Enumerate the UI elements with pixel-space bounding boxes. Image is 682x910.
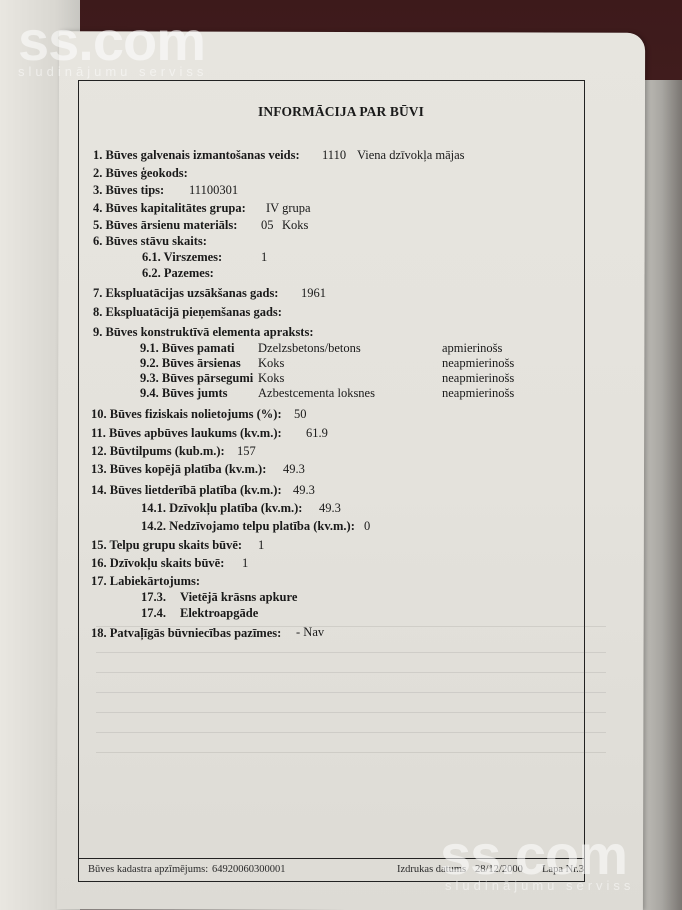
metric-label: 14.1. Dzīvokļu platība (kv.m.): bbox=[141, 501, 302, 515]
unauthorized-construction: 18. Patvaļīgās būvniecības pazīmes: bbox=[91, 626, 281, 641]
watermark-tagline-top: sludinājumu serviss bbox=[18, 64, 207, 79]
show-through-table bbox=[96, 626, 606, 756]
metric-label: 16. Dzīvokļu skaits būvē: bbox=[91, 556, 224, 570]
item-acceptance-year: 8. Ekspluatācijā pieņemšanas gads: bbox=[93, 305, 282, 320]
item-usage-type: 1. Būves galvenais izmantošanas veids: bbox=[93, 148, 300, 163]
element-row: 9.3. Būves pārsegumi bbox=[140, 371, 253, 386]
element-label: 9.1. Būves pamati bbox=[140, 341, 234, 355]
item-underground: 6.2. Pazemes: bbox=[142, 266, 214, 281]
element-label: 9.4. Būves jumts bbox=[140, 386, 228, 400]
wall-material-value: Koks bbox=[282, 218, 308, 233]
useful-area-value: 49.3 bbox=[293, 483, 315, 498]
metric-label: 17. Labiekārtojums: bbox=[91, 574, 200, 588]
amenity-row: 17.4. bbox=[141, 606, 166, 621]
document-title: INFORMĀCIJA PAR BŪVI bbox=[0, 104, 682, 120]
metric-nonresidential-area: 14.2. Nedzīvojamo telpu platība (kv.m.): bbox=[141, 519, 355, 534]
element-label: 9.3. Būves pārsegumi bbox=[140, 371, 253, 385]
amenity-number: 17.4. bbox=[141, 606, 166, 620]
above-ground-value: 1 bbox=[261, 250, 267, 265]
element-row: 9.4. Būves jumts bbox=[140, 386, 228, 401]
item-wall-material: 5. Būves ārsienu materiāls: bbox=[93, 218, 237, 233]
metric-label: 12. Būvtilpums (kub.m.): bbox=[91, 444, 225, 458]
metric-label: 11. Būves apbūves laukums (kv.m.): bbox=[91, 426, 282, 440]
amenity-text: Elektroapgāde bbox=[180, 606, 258, 620]
apartment-area-value: 49.3 bbox=[319, 501, 341, 516]
element-material: Dzelzsbetons/betons bbox=[258, 341, 361, 356]
element-condition: apmierinošs bbox=[442, 341, 502, 356]
item-capital-group: 4. Būves kapitalitātes grupa: bbox=[93, 201, 246, 216]
element-material: Koks bbox=[258, 356, 284, 371]
item-elements-heading: 9. Būves konstruktīvā elementa apraksts: bbox=[93, 325, 314, 340]
item-label: 6. Būves stāvu skaits: bbox=[93, 234, 207, 248]
type-value: 11100301 bbox=[189, 183, 238, 198]
element-material: Koks bbox=[258, 371, 284, 386]
capital-group-value: IV grupa bbox=[266, 201, 311, 216]
apartment-count-value: 1 bbox=[242, 556, 248, 571]
element-material: Azbestcementa loksnes bbox=[258, 386, 375, 401]
item-above-ground: 6.1. Virszemes: bbox=[142, 250, 222, 265]
item-operation-start: 7. Ekspluatācijas uzsākšanas gads: bbox=[93, 286, 278, 301]
item-label: 6.1. Virszemes: bbox=[142, 250, 222, 264]
metric-built-area: 11. Būves apbūves laukums (kv.m.): bbox=[91, 426, 282, 441]
item-label: 4. Būves kapitalitātes grupa: bbox=[93, 201, 246, 215]
element-label: 9.2. Būves ārsienas bbox=[140, 356, 241, 370]
metric-apartment-count: 16. Dzīvokļu skaits būvē: bbox=[91, 556, 224, 571]
element-condition: neapmierinošs bbox=[442, 386, 514, 401]
amenity-text: Vietējā krāsns apkure bbox=[180, 590, 297, 604]
metric-depreciation: 10. Būves fiziskais nolietojums (%): bbox=[91, 407, 282, 422]
metric-label: 10. Būves fiziskais nolietojums (%): bbox=[91, 407, 282, 421]
metric-label: 15. Telpu grupu skaits būvē: bbox=[91, 538, 242, 552]
amenity-label: Vietējā krāsns apkure bbox=[180, 590, 297, 605]
unauthorized-label: 18. Patvaļīgās būvniecības pazīmes: bbox=[91, 626, 281, 640]
total-area-value: 49.3 bbox=[283, 462, 305, 477]
item-label: 1. Būves galvenais izmantošanas veids: bbox=[93, 148, 300, 162]
metric-volume: 12. Būvtilpums (kub.m.): bbox=[91, 444, 225, 459]
amenity-row: 17.3. bbox=[141, 590, 166, 605]
element-condition: neapmierinošs bbox=[442, 371, 514, 386]
item-label: 9. Būves konstruktīvā elementa apraksts: bbox=[93, 325, 314, 339]
element-row: 9.2. Būves ārsienas bbox=[140, 356, 241, 371]
item-label: 2. Būves ģeokods: bbox=[93, 166, 188, 180]
item-geocode: 2. Būves ģeokods: bbox=[93, 166, 188, 181]
amenity-number: 17.3. bbox=[141, 590, 166, 604]
element-row: 9.1. Būves pamati bbox=[140, 341, 234, 356]
amenity-label: Elektroapgāde bbox=[180, 606, 258, 621]
room-groups-value: 1 bbox=[258, 538, 264, 553]
metric-useful-area: 14. Būves lietderībā platība (kv.m.): bbox=[91, 483, 282, 498]
watermark-tagline-bottom: sludinājumu serviss bbox=[445, 878, 634, 893]
item-label: 3. Būves tips: bbox=[93, 183, 164, 197]
item-label: 5. Būves ārsienu materiāls: bbox=[93, 218, 237, 232]
nonresidential-area-value: 0 bbox=[364, 519, 370, 534]
cadastre-value: 64920060300001 bbox=[212, 864, 286, 875]
metric-room-groups: 15. Telpu grupu skaits būvē: bbox=[91, 538, 242, 553]
operation-start-value: 1961 bbox=[301, 286, 326, 301]
item-label: 7. Ekspluatācijas uzsākšanas gads: bbox=[93, 286, 278, 300]
depreciation-value: 50 bbox=[294, 407, 307, 422]
item-label: 6.2. Pazemes: bbox=[142, 266, 214, 280]
element-condition: neapmierinošs bbox=[442, 356, 514, 371]
volume-value: 157 bbox=[237, 444, 256, 459]
usage-code: 1110 bbox=[322, 148, 346, 163]
item-label: 8. Ekspluatācijā pieņemšanas gads: bbox=[93, 305, 282, 319]
item-floor-count: 6. Būves stāvu skaits: bbox=[93, 234, 207, 249]
cadastre-label: Būves kadastra apzīmējums: bbox=[88, 864, 208, 875]
metric-amenities-heading: 17. Labiekārtojums: bbox=[91, 574, 200, 589]
metric-label: 13. Būves kopējā platība (kv.m.): bbox=[91, 462, 266, 476]
item-type: 3. Būves tips: bbox=[93, 183, 164, 198]
usage-value: Viena dzīvokļa mājas bbox=[357, 148, 465, 163]
metric-total-area: 13. Būves kopējā platība (kv.m.): bbox=[91, 462, 266, 477]
metric-apartment-area: 14.1. Dzīvokļu platība (kv.m.): bbox=[141, 501, 302, 516]
metric-label: 14. Būves lietderībā platība (kv.m.): bbox=[91, 483, 282, 497]
unauthorized-value: - Nav bbox=[296, 625, 324, 640]
wall-material-code: 05 bbox=[261, 218, 274, 233]
metric-label: 14.2. Nedzīvojamo telpu platība (kv.m.): bbox=[141, 519, 355, 533]
built-area-value: 61.9 bbox=[306, 426, 328, 441]
